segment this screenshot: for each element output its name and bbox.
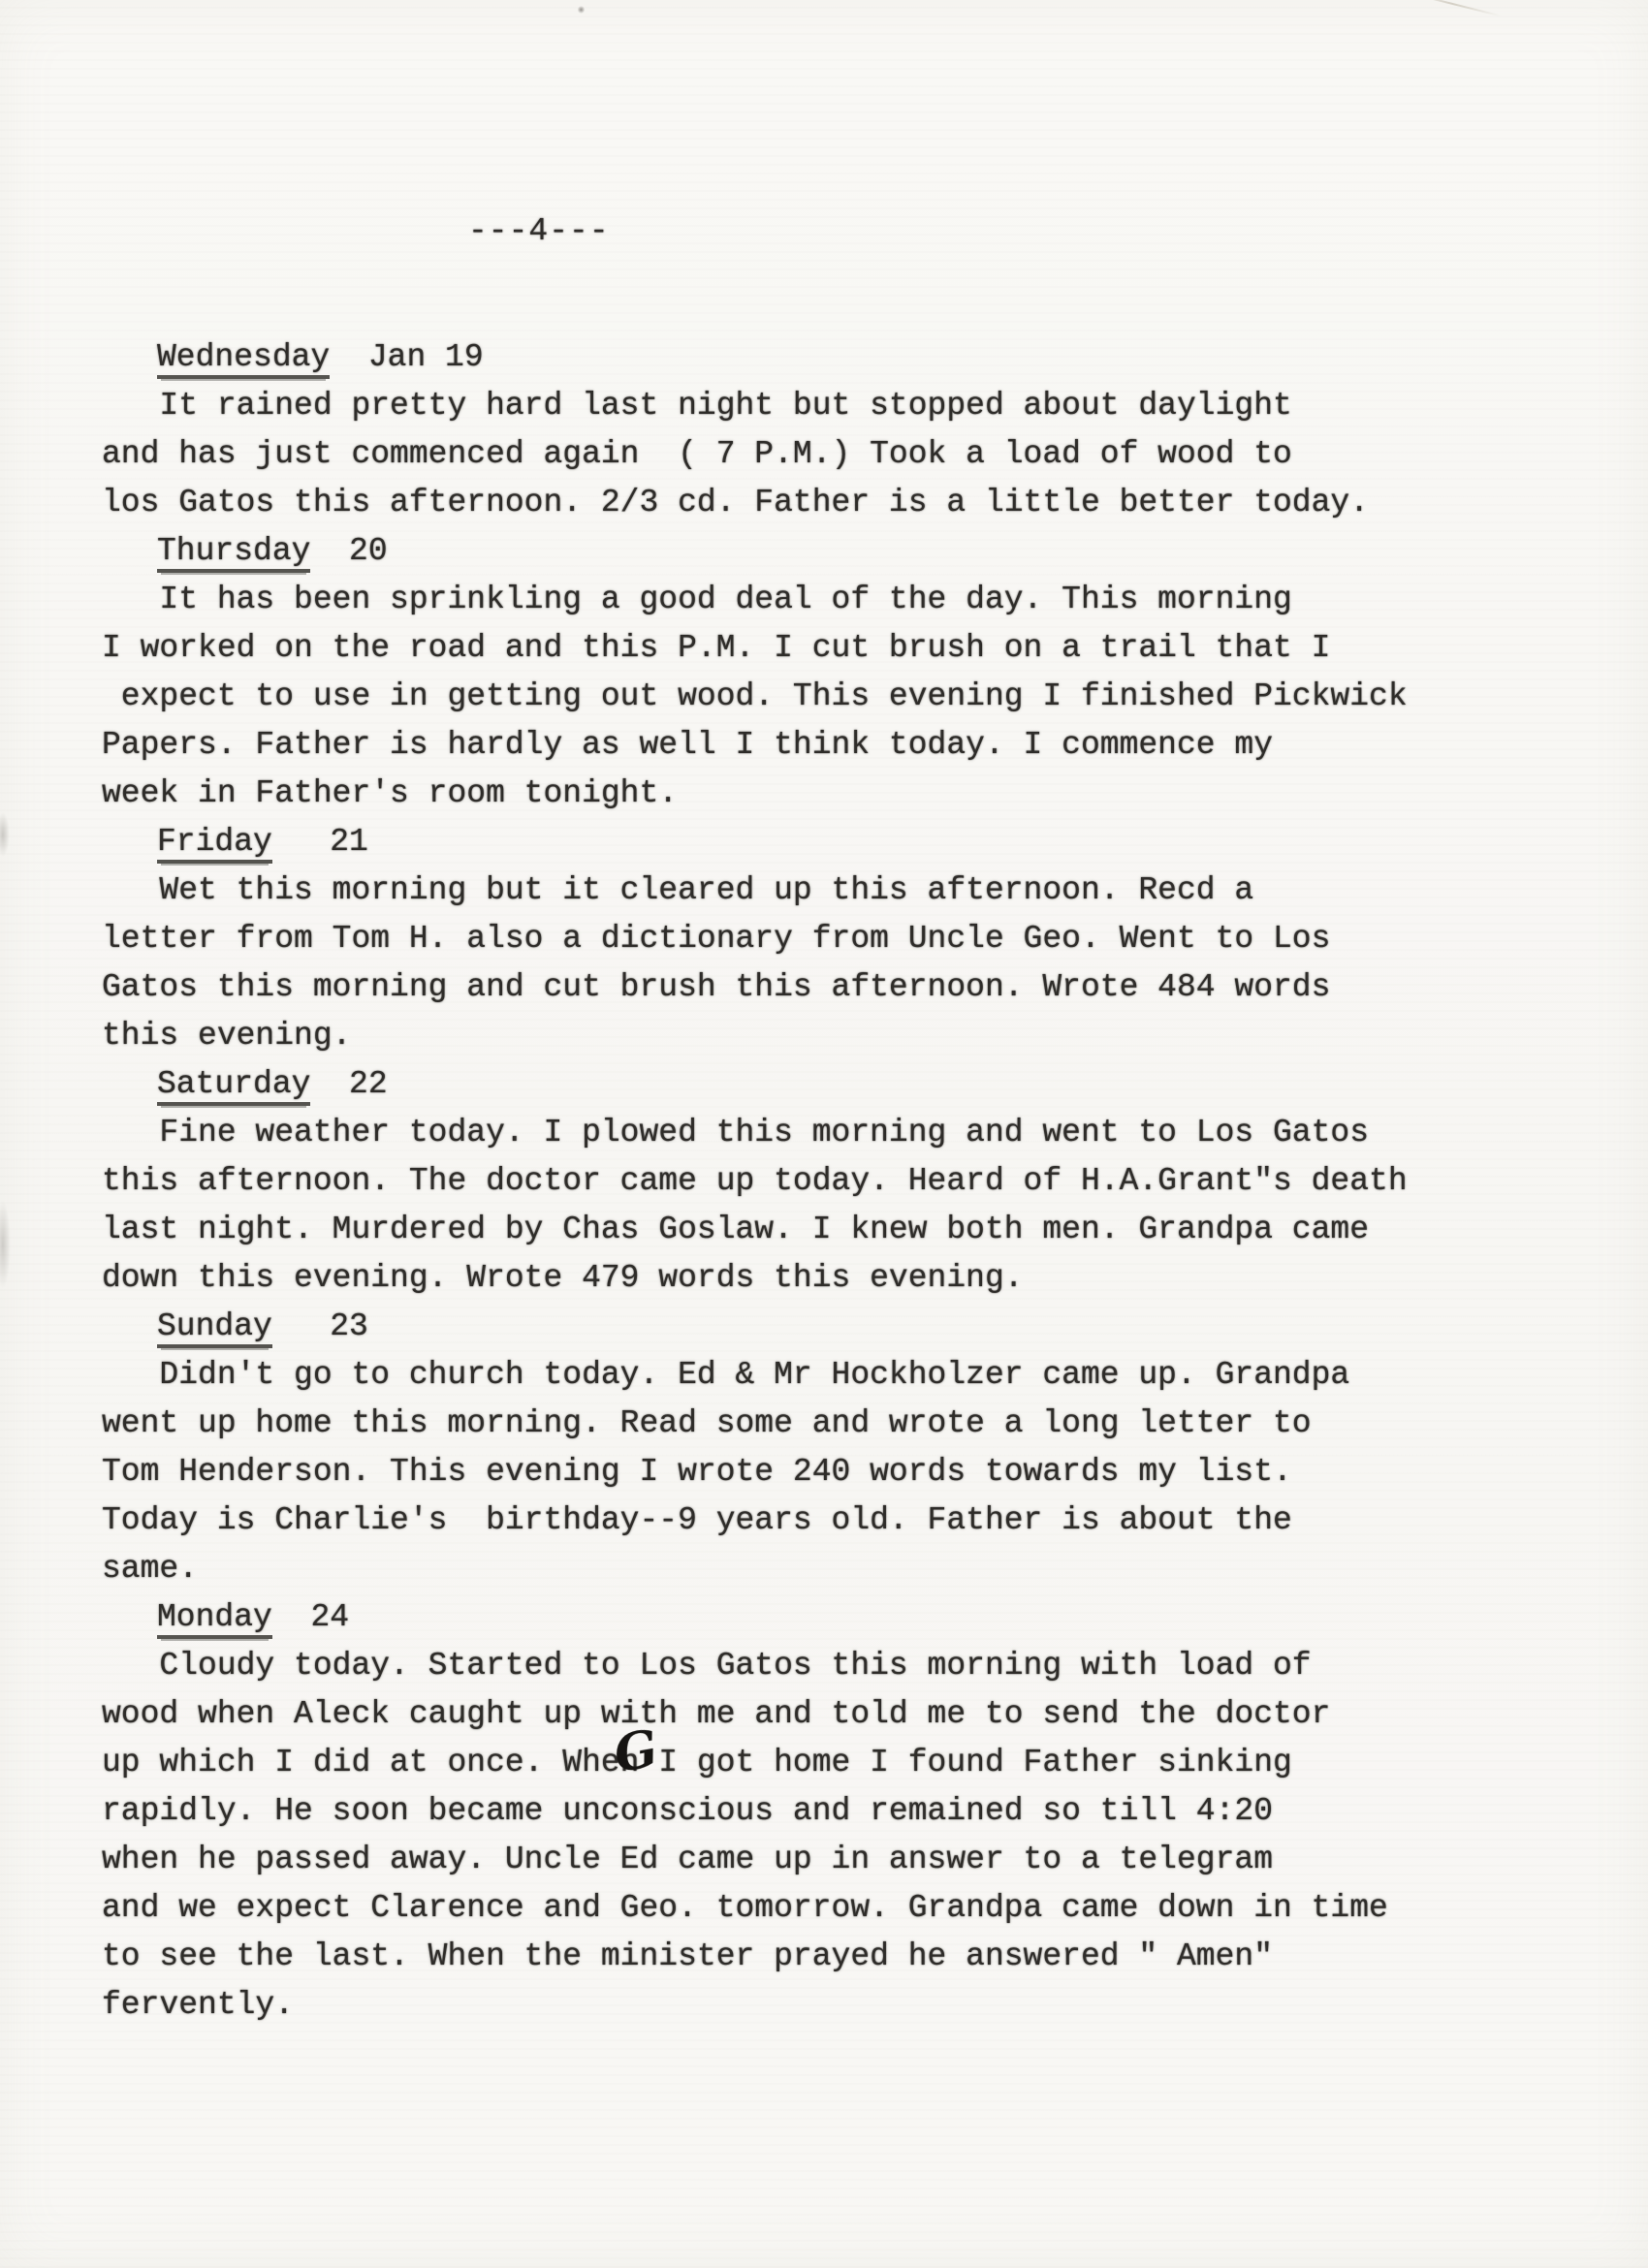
heading-gap — [272, 1308, 330, 1344]
diary-line: expect to use in getting out wood. This … — [102, 673, 1408, 721]
entry-day: Sunday — [157, 1308, 272, 1348]
diary-line: los Gatos this afternoon. 2/3 cd. Father… — [102, 479, 1408, 527]
entry-heading: Friday 21 — [102, 818, 1408, 866]
diary-line: and we expect Clarence and Geo. tomorrow… — [102, 1884, 1408, 1933]
diary-line: Wet this morning but it cleared up this … — [102, 866, 1408, 915]
diary-line: wood when Aleck caught up with me and to… — [102, 1690, 1408, 1739]
page: ---4--- Wednesday Jan 19 It rained prett… — [0, 0, 1648, 2268]
diary-line: I worked on the road and this P.M. I cut… — [102, 624, 1408, 673]
heading-gap — [272, 1599, 311, 1635]
entry-date: 21 — [330, 824, 368, 860]
entry-date: 22 — [349, 1066, 388, 1102]
entry-heading: Thursday 20 — [102, 527, 1408, 576]
scan-corner-mark — [1411, 0, 1502, 16]
scan-smudge — [0, 812, 10, 857]
diary-line: down this evening. Wrote 479 words this … — [102, 1254, 1408, 1303]
diary-line: Cloudy today. Started to Los Gatos this … — [102, 1642, 1408, 1690]
entry-day: Saturday — [157, 1066, 310, 1106]
entry-heading: Saturday 22 — [102, 1060, 1408, 1109]
entry-date: Jan 19 — [368, 339, 484, 375]
diary-line: when he passed away. Uncle Ed came up in… — [102, 1836, 1408, 1884]
entry-heading: Wednesday Jan 19 — [102, 333, 1408, 382]
entry-day: Wednesday — [157, 339, 330, 379]
diary-line: last night. Murdered by Chas Goslaw. I k… — [102, 1206, 1408, 1254]
diary-line: week in Father's room tonight. — [102, 770, 1408, 818]
entry-date: 24 — [310, 1599, 349, 1635]
diary-line: fervently. — [102, 1981, 1408, 2030]
diary-line: this evening. — [102, 1012, 1408, 1060]
heading-gap — [310, 1066, 349, 1102]
entry-date: 20 — [349, 533, 388, 569]
entry-date: 23 — [330, 1308, 368, 1344]
scan-smudge — [0, 1200, 11, 1289]
entry-day: Monday — [157, 1599, 272, 1639]
heading-gap — [272, 824, 330, 860]
diary-line: rapidly. He soon became unconscious and … — [102, 1787, 1408, 1836]
handwritten-correction: G — [611, 1724, 662, 1781]
diary-line: up which I did at once. When I got home … — [102, 1739, 1408, 1787]
page-number: ---4--- — [102, 207, 1408, 256]
heading-gap — [310, 533, 349, 569]
diary-line: this afternoon. The doctor came up today… — [102, 1157, 1408, 1206]
diary-line: Fine weather today. I plowed this mornin… — [102, 1109, 1408, 1157]
entry-heading: Monday 24 — [102, 1593, 1408, 1642]
entry-heading: Sunday 23 — [102, 1303, 1408, 1351]
diary-line: Papers. Father is hardly as well I think… — [102, 721, 1408, 770]
diary-line: letter from Tom H. also a dictionary fro… — [102, 915, 1408, 963]
diary-line: went up home this morning. Read some and… — [102, 1400, 1408, 1448]
diary-line: to see the last. When the minister praye… — [102, 1933, 1408, 1981]
entries: Wednesday Jan 19 It rained pretty hard l… — [102, 333, 1408, 2030]
scan-speck — [578, 6, 585, 14]
typewritten-text-block: ---4--- Wednesday Jan 19 It rained prett… — [102, 136, 1408, 2101]
diary-line: same. — [102, 1545, 1408, 1593]
heading-gap — [330, 339, 368, 375]
diary-line: and has just commenced again ( 7 P.M.) T… — [102, 430, 1408, 479]
diary-line: Gatos this morning and cut brush this af… — [102, 963, 1408, 1012]
entry-day: Thursday — [157, 533, 310, 573]
diary-line: Today is Charlie's birthday--9 years old… — [102, 1496, 1408, 1545]
diary-line: It has been sprinkling a good deal of th… — [102, 576, 1408, 624]
diary-line: Tom Henderson. This evening I wrote 240 … — [102, 1448, 1408, 1496]
diary-line: Didn't go to church today. Ed & Mr Hockh… — [102, 1351, 1408, 1400]
entry-day: Friday — [157, 824, 272, 864]
diary-line: It rained pretty hard last night but sto… — [102, 382, 1408, 430]
